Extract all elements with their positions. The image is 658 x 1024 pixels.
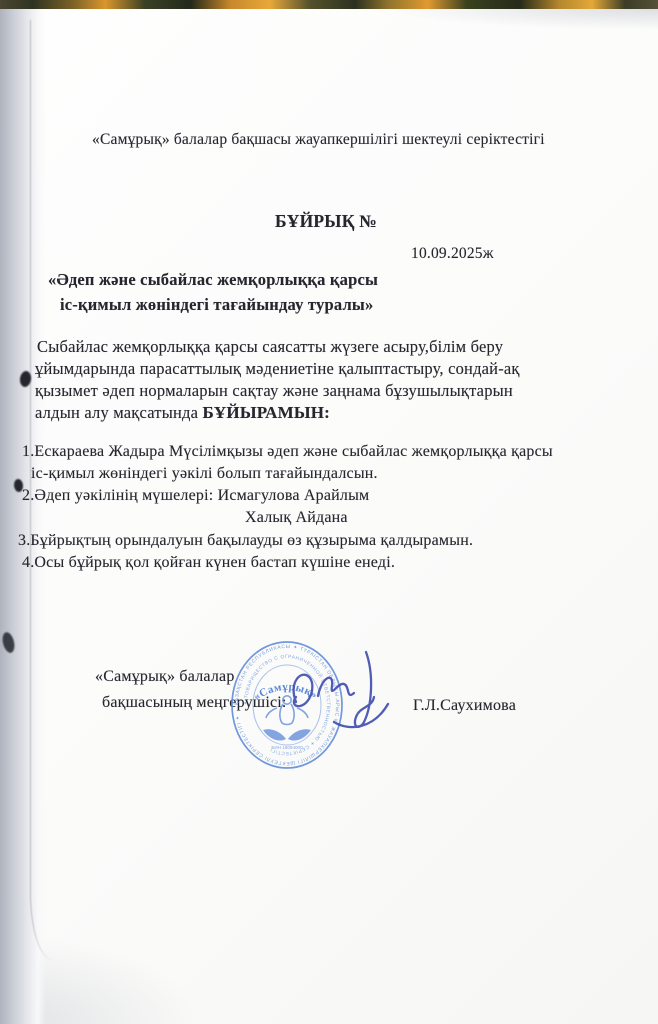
order-item: 4.Осы бұйрық қол қойған күнен бастап күш…: [22, 554, 395, 572]
signature-stroke: [318, 678, 354, 696]
signatory-org-line: «Самұрық» балалар: [95, 668, 235, 686]
signature-stroke: [355, 652, 374, 727]
order-title: БҰЙРЫҚ №: [275, 211, 377, 232]
order-word: БҰЙЫРАМЫН:: [202, 403, 330, 422]
preamble-line: Сыбайлас жемқорлыққа қарсы саясатты жүзе…: [37, 337, 503, 357]
order-item: 2.Әдеп уәкілінің мүшелері: Исмагулова Ар…: [22, 487, 369, 505]
signature-stroke: [294, 675, 313, 706]
preamble-line: ұйымдарында парасаттылық мәдениетіне қал…: [35, 359, 520, 379]
subject-line: іс-қимыл жөніндегі тағайындау туралы»: [60, 295, 373, 315]
signature-flourish: [334, 704, 388, 727]
preamble-line: алдын алу мақсатында БҰЙЫРАМЫН:: [35, 403, 330, 423]
preamble-line: қызымет әдеп нормаларын сақтау және заңн…: [35, 381, 513, 401]
order-item: іс-қимыл жөніндегі уәкілі болып тағайынд…: [31, 465, 378, 483]
handwritten-signature: [276, 642, 410, 752]
order-item: 1.Ескараева Жадыра Мүсілімқызы әдеп және…: [22, 443, 553, 461]
signatory-name: Г.Л.Саухимова: [413, 697, 516, 715]
preamble-prefix: алдын алу мақсатында: [35, 403, 202, 422]
order-date: 10.09.2025ж: [411, 245, 494, 263]
order-item: 3.Бұйрықтың орындалуын бақылауды өз құзы…: [18, 532, 473, 550]
document-photo: «Самұрық» балалар бақшасы жауапкершілігі…: [0, 0, 658, 1024]
organization-name: «Самұрық» балалар бақшасы жауапкершілігі…: [92, 131, 545, 149]
subject-line: «Әдеп және сыбайлас жемқорлыққа қарсы: [48, 270, 378, 290]
order-item: Халық Айдана: [245, 509, 348, 527]
